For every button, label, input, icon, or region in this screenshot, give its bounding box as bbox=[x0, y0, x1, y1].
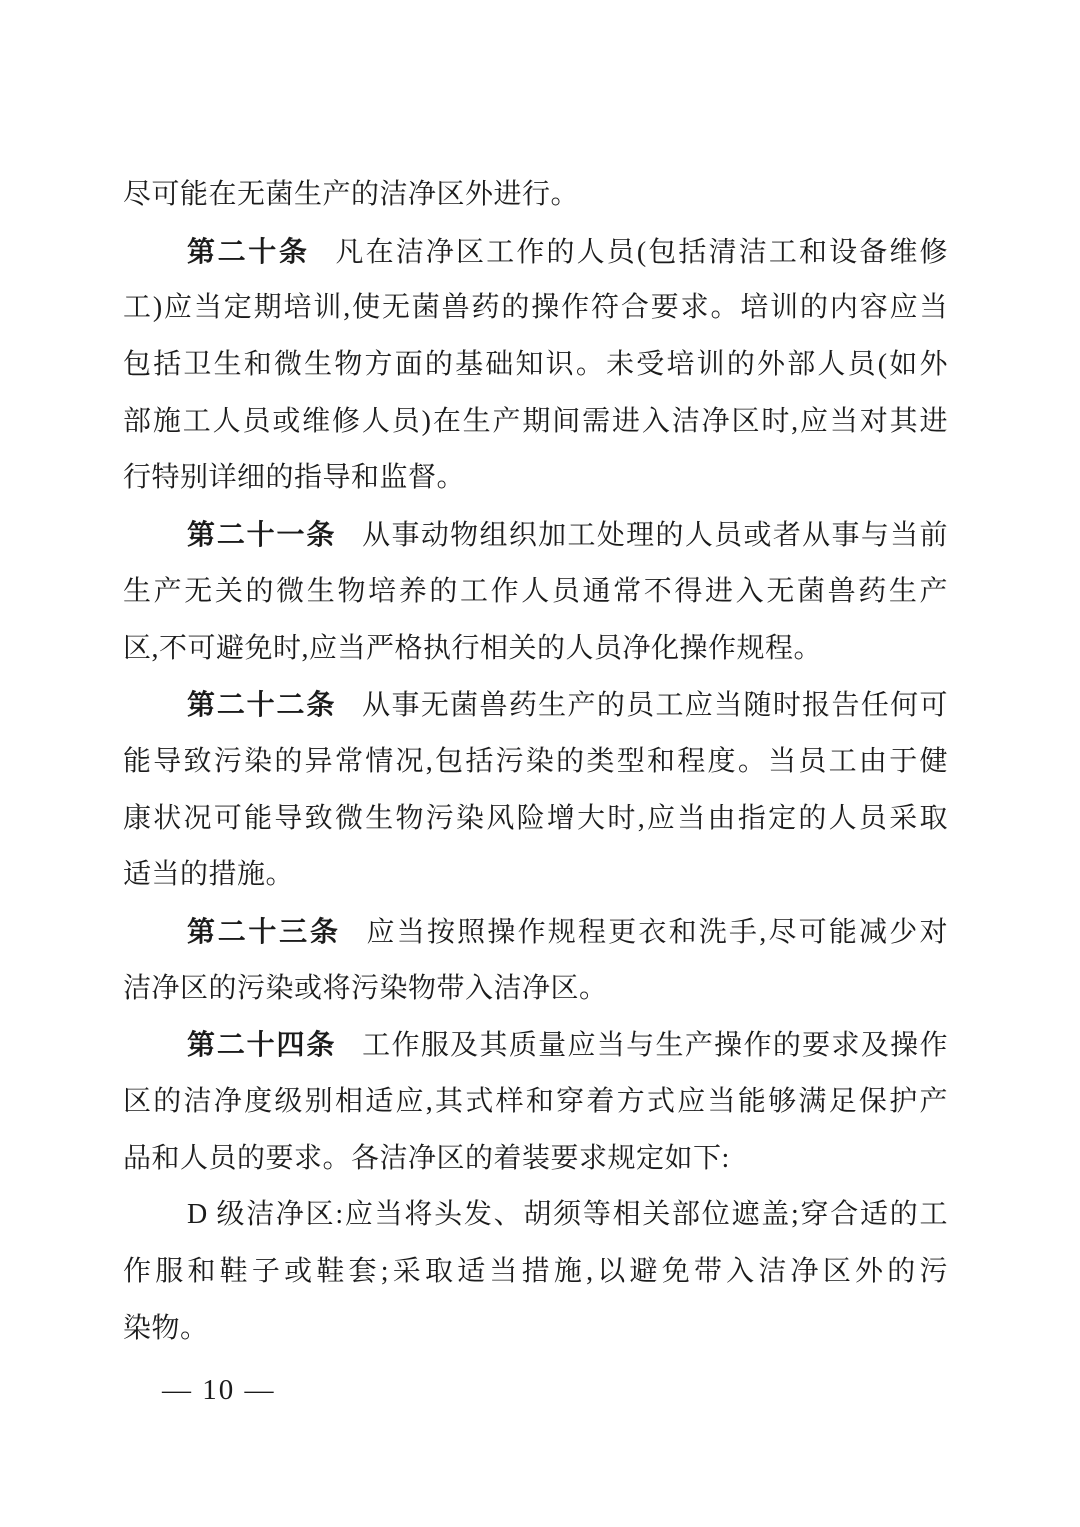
text-line: 第二十二条从事无菌兽药生产的员工应当随时报告任何可 bbox=[123, 677, 948, 734]
line-text: 从事动物组织加工处理的人员或者从事与当前 bbox=[362, 520, 948, 551]
line-text: 从事无菌兽药生产的员工应当随时报告任何可 bbox=[362, 690, 948, 721]
text-line: D 级洁净区:应当将头发、胡须等相关部位遮盖;穿合适的工 bbox=[123, 1187, 948, 1244]
text-line: 洁净区的污染或将污染物带入洁净区。 bbox=[123, 961, 948, 1018]
text-line: 行特别详细的指导和监督。 bbox=[123, 450, 948, 507]
article-number-label: 第二十条 bbox=[187, 236, 310, 267]
text-line: 染物。 bbox=[123, 1301, 948, 1358]
article-number-label: 第二十一条 bbox=[187, 519, 336, 550]
text-line: 尽可能在无菌生产的洁净区外进行。 bbox=[123, 167, 948, 224]
document-body: 尽可能在无菌生产的洁净区外进行。 第二十条凡在洁净区工作的人员(包括清洁工和设备… bbox=[123, 167, 948, 1357]
line-text: 凡在洁净区工作的人员(包括清洁工和设备维修 bbox=[336, 237, 948, 268]
article-number-label: 第二十二条 bbox=[187, 689, 336, 720]
text-line: 第二十三条应当按照操作规程更衣和洗手,尽可能减少对 bbox=[123, 904, 948, 961]
text-line: 区,不可避免时,应当严格执行相关的人员净化操作规程。 bbox=[123, 621, 948, 678]
article-number-label: 第二十三条 bbox=[187, 916, 341, 947]
text-line: 作服和鞋子或鞋套;采取适当措施,以避免带入洁净区外的污 bbox=[123, 1244, 948, 1301]
text-line: 区的洁净度级别相适应,其式样和穿着方式应当能够满足保护产 bbox=[123, 1074, 948, 1131]
text-line: 第二十四条工作服及其质量应当与生产操作的要求及操作 bbox=[123, 1017, 948, 1074]
document-page: 尽可能在无菌生产的洁净区外进行。 第二十条凡在洁净区工作的人员(包括清洁工和设备… bbox=[0, 0, 1080, 1527]
article-number-label: 第二十四条 bbox=[187, 1029, 336, 1060]
line-text: 应当按照操作规程更衣和洗手,尽可能减少对 bbox=[367, 917, 948, 948]
text-line: 康状况可能导致微生物污染风险增大时,应当由指定的人员采取 bbox=[123, 791, 948, 848]
text-line: 能导致污染的异常情况,包括污染的类型和程度。当员工由于健 bbox=[123, 734, 948, 791]
text-line: 品和人员的要求。各洁净区的着装要求规定如下: bbox=[123, 1131, 948, 1188]
text-line: 包括卫生和微生物方面的基础知识。未受培训的外部人员(如外 bbox=[123, 337, 948, 394]
text-line: 生产无关的微生物培养的工作人员通常不得进入无菌兽药生产 bbox=[123, 564, 948, 621]
page-number: — 10 — bbox=[162, 1372, 276, 1408]
text-line: 第二十条凡在洁净区工作的人员(包括清洁工和设备维修 bbox=[123, 224, 948, 281]
text-line: 适当的措施。 bbox=[123, 847, 948, 904]
text-line: 部施工人员或维修人员)在生产期间需进入洁净区时,应当对其进 bbox=[123, 394, 948, 451]
line-text: 工作服及其质量应当与生产操作的要求及操作 bbox=[362, 1030, 948, 1061]
text-line: 工)应当定期培训,使无菌兽药的操作符合要求。培训的内容应当 bbox=[123, 280, 948, 337]
text-line: 第二十一条从事动物组织加工处理的人员或者从事与当前 bbox=[123, 507, 948, 564]
